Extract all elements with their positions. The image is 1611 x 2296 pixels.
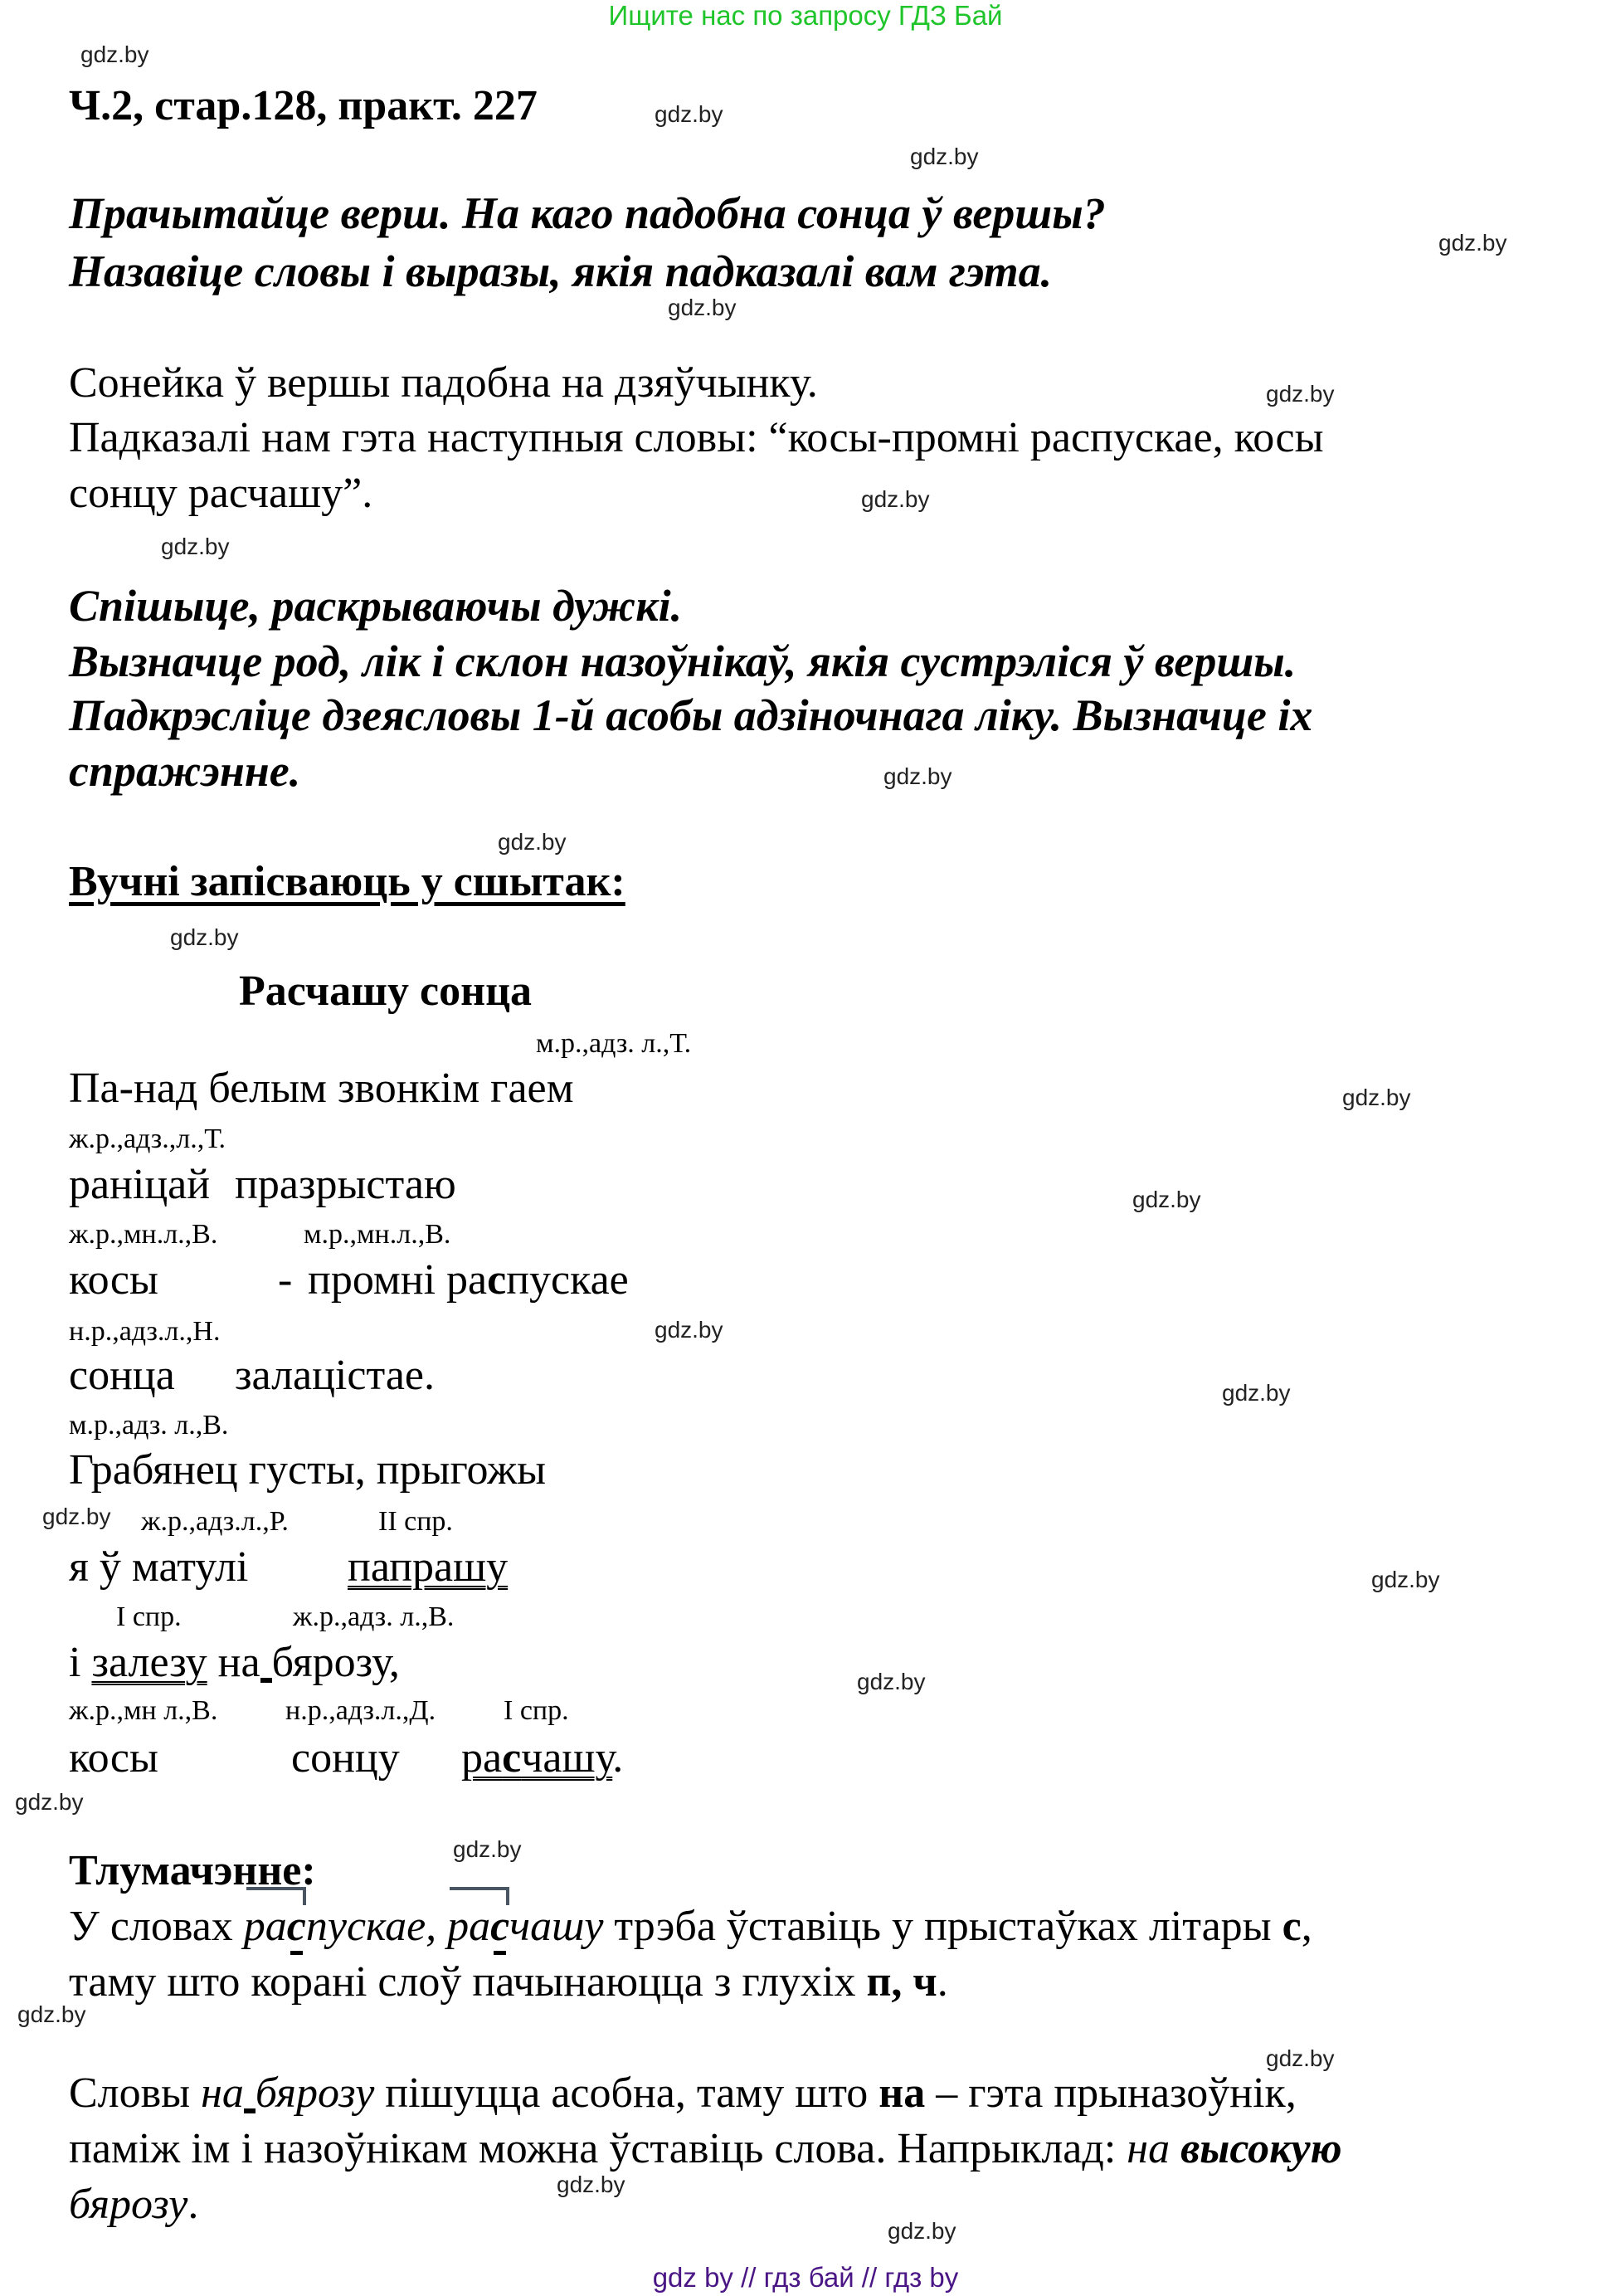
poem-word: сонцу bbox=[291, 1737, 400, 1780]
text: высокую bbox=[1180, 2125, 1342, 2172]
grammar-note: н.р.,адз.л.,Д. bbox=[285, 1697, 436, 1725]
underlined-verb: расчашу. bbox=[461, 1737, 623, 1780]
text: Словы bbox=[69, 2069, 201, 2117]
poem-word: - bbox=[278, 1259, 292, 1302]
text: паміж ім і назоўнікам можна ўставіць сло… bbox=[69, 2125, 1127, 2172]
watermark: gdz.by bbox=[655, 103, 723, 126]
notebook-heading: Вучні запісваюць у сшытак: bbox=[69, 860, 625, 904]
explanation-line: бярозу. bbox=[69, 2183, 198, 2226]
poem-title: Расчашу сонца bbox=[239, 970, 532, 1013]
watermark: gdz.by bbox=[42, 1505, 111, 1528]
text: пускае bbox=[306, 1903, 426, 1950]
watermark: gdz.by bbox=[557, 2173, 625, 2196]
answer-text: Падказалі нам гэта наступныя словы: “кос… bbox=[69, 417, 1324, 460]
watermark: gdz.by bbox=[80, 43, 149, 66]
underlined-verb: залезу bbox=[91, 1639, 207, 1686]
task-instruction: Прачытайце верш. На каго падобна сонца ў… bbox=[69, 191, 1106, 236]
grammar-note: ж.р.,адз. л.,В. bbox=[293, 1603, 454, 1631]
grammar-note: м.р.,адз. л.,В. bbox=[69, 1411, 228, 1440]
prefix-mark: с bbox=[490, 1905, 509, 1948]
grammar-note: I спр. bbox=[116, 1603, 182, 1631]
poem-word: косы bbox=[69, 1259, 158, 1302]
grammar-note: II спр. bbox=[378, 1508, 453, 1536]
text: . bbox=[187, 2181, 198, 2228]
explanation-line: У словах распускае, расчашу трэба ўставі… bbox=[69, 1905, 1312, 1948]
text: . bbox=[937, 1958, 948, 2006]
explanation-line: таму што корані слоў пачынаюцца з глухіх… bbox=[69, 1961, 948, 2004]
watermark: gdz.by bbox=[1266, 2047, 1335, 2070]
word: і bbox=[69, 1639, 80, 1686]
watermark: gdz.by bbox=[161, 535, 230, 558]
grammar-note: м.р.,мн.л.,В. bbox=[304, 1221, 450, 1249]
search-banner[interactable]: Ищите нас по запросу ГДЗ Бай bbox=[0, 2, 1611, 29]
watermark: gdz.by bbox=[1222, 1382, 1291, 1405]
text: У словах bbox=[69, 1903, 244, 1950]
word-part: ра bbox=[461, 1734, 502, 1782]
watermark: gdz.by bbox=[883, 765, 952, 788]
poem-word: я ў матулі bbox=[69, 1546, 248, 1589]
grammar-note: н.р.,адз.л.,Н. bbox=[69, 1318, 220, 1346]
page-title: Ч.2, стар.128, практ. 227 bbox=[69, 85, 538, 128]
footer-links[interactable]: gdz by // гдз бай // гдз by bbox=[0, 2264, 1611, 2291]
text: п, ч bbox=[866, 1958, 937, 2006]
text: на bbox=[879, 2069, 925, 2117]
poem-word: промні распускае bbox=[308, 1259, 629, 1302]
grammar-note: ж.р.,адз.л.,Р. bbox=[141, 1508, 289, 1536]
underlined-verb: папрашу bbox=[348, 1546, 508, 1589]
word: на bbox=[218, 1639, 260, 1686]
word: бярозу, bbox=[272, 1639, 400, 1686]
task-instruction: Назавіце словы і выразы, якія падказалі … bbox=[69, 249, 1052, 294]
grammar-note: ж.р.,мн.л.,В. bbox=[69, 1221, 217, 1249]
watermark: gdz.by bbox=[1438, 232, 1507, 255]
watermark: gdz.by bbox=[668, 296, 737, 319]
text: ра bbox=[244, 1903, 287, 1950]
watermark: gdz.by bbox=[17, 2003, 86, 2026]
watermark: gdz.by bbox=[170, 926, 239, 949]
watermark: gdz.by bbox=[857, 1670, 926, 1694]
poem-word: раніцай bbox=[69, 1163, 210, 1206]
text: – гэта прыназоўнік, bbox=[925, 2069, 1297, 2117]
watermark: gdz.by bbox=[655, 1319, 723, 1342]
word-part: чашу bbox=[521, 1734, 612, 1782]
grammar-note: I спр. bbox=[504, 1697, 569, 1725]
watermark: gdz.by bbox=[498, 831, 567, 854]
word-part: с bbox=[502, 1734, 521, 1782]
text: таму што корані слоў пачынаюцца з глухіх bbox=[69, 1958, 866, 2006]
text: с bbox=[1282, 1903, 1302, 1950]
watermark: gdz.by bbox=[1266, 383, 1335, 406]
grammar-note: ж.р.,адз.,л.,Т. bbox=[69, 1125, 226, 1153]
poem-word: косы bbox=[69, 1737, 158, 1780]
explanation-line: паміж ім і назоўнікам можна ўставіць сло… bbox=[69, 2128, 1342, 2171]
word-part: с bbox=[487, 1256, 506, 1304]
poem-word: празрыстаю bbox=[235, 1163, 456, 1206]
text: ра bbox=[447, 1903, 490, 1950]
watermark: gdz.by bbox=[888, 2220, 956, 2243]
watermark: gdz.by bbox=[1371, 1568, 1440, 1592]
watermark: gdz.by bbox=[1342, 1086, 1411, 1109]
prefix-bracket-icon bbox=[478, 1887, 509, 1905]
watermark: gdz.by bbox=[15, 1791, 84, 1814]
poem-word: залацістае. bbox=[235, 1354, 435, 1397]
poem-line: Грабянец густы, прыгожы bbox=[69, 1449, 546, 1492]
text: бярозу bbox=[256, 2069, 374, 2117]
poem-word: сонца bbox=[69, 1354, 175, 1397]
watermark: gdz.by bbox=[453, 1838, 522, 1861]
text: чашу bbox=[509, 1903, 603, 1950]
prefix-bracket-icon bbox=[275, 1887, 306, 1905]
word-part: промні ра bbox=[308, 1256, 487, 1304]
punctuation: . bbox=[612, 1734, 623, 1782]
task-instruction: спражэнне. bbox=[69, 748, 300, 793]
task-instruction: Спішыце, раскрываючы дужкі. bbox=[69, 583, 682, 628]
text: , bbox=[426, 1903, 447, 1950]
task-instruction: Падкрэсліце дзеясловы 1-й асобы адзіночн… bbox=[69, 693, 1312, 738]
grammar-note: м.р.,адз. л.,Т. bbox=[536, 1030, 691, 1058]
text: на bbox=[201, 2069, 244, 2117]
text: , bbox=[1302, 1903, 1312, 1950]
explanation-line: Словы набярозу пішуцца асобна, таму што … bbox=[69, 2072, 1297, 2115]
text: пішуцца асобна, таму што bbox=[374, 2069, 879, 2117]
watermark: gdz.by bbox=[910, 145, 979, 168]
text: на bbox=[1127, 2125, 1180, 2172]
poem-line: Па-над белым звонкім гаем bbox=[69, 1067, 574, 1110]
watermark: gdz.by bbox=[1132, 1188, 1201, 1211]
task-instruction: Вызначце род, лік і склон назоўнікаў, як… bbox=[69, 639, 1296, 684]
answer-text: сонцу расчашу”. bbox=[69, 472, 372, 515]
prefix-mark: с bbox=[287, 1905, 306, 1948]
watermark: gdz.by bbox=[861, 488, 930, 511]
text: трэба ўставіць у прыстаўках літары bbox=[603, 1903, 1282, 1950]
answer-text: Сонейка ў вершы падобна на дзяўчынку. bbox=[69, 362, 818, 405]
word-part: пускае bbox=[506, 1256, 629, 1304]
grammar-note: ж.р.,мн л.,В. bbox=[69, 1697, 217, 1725]
text: бярозу bbox=[69, 2181, 187, 2228]
poem-line: і залезу набярозу, bbox=[69, 1641, 400, 1684]
